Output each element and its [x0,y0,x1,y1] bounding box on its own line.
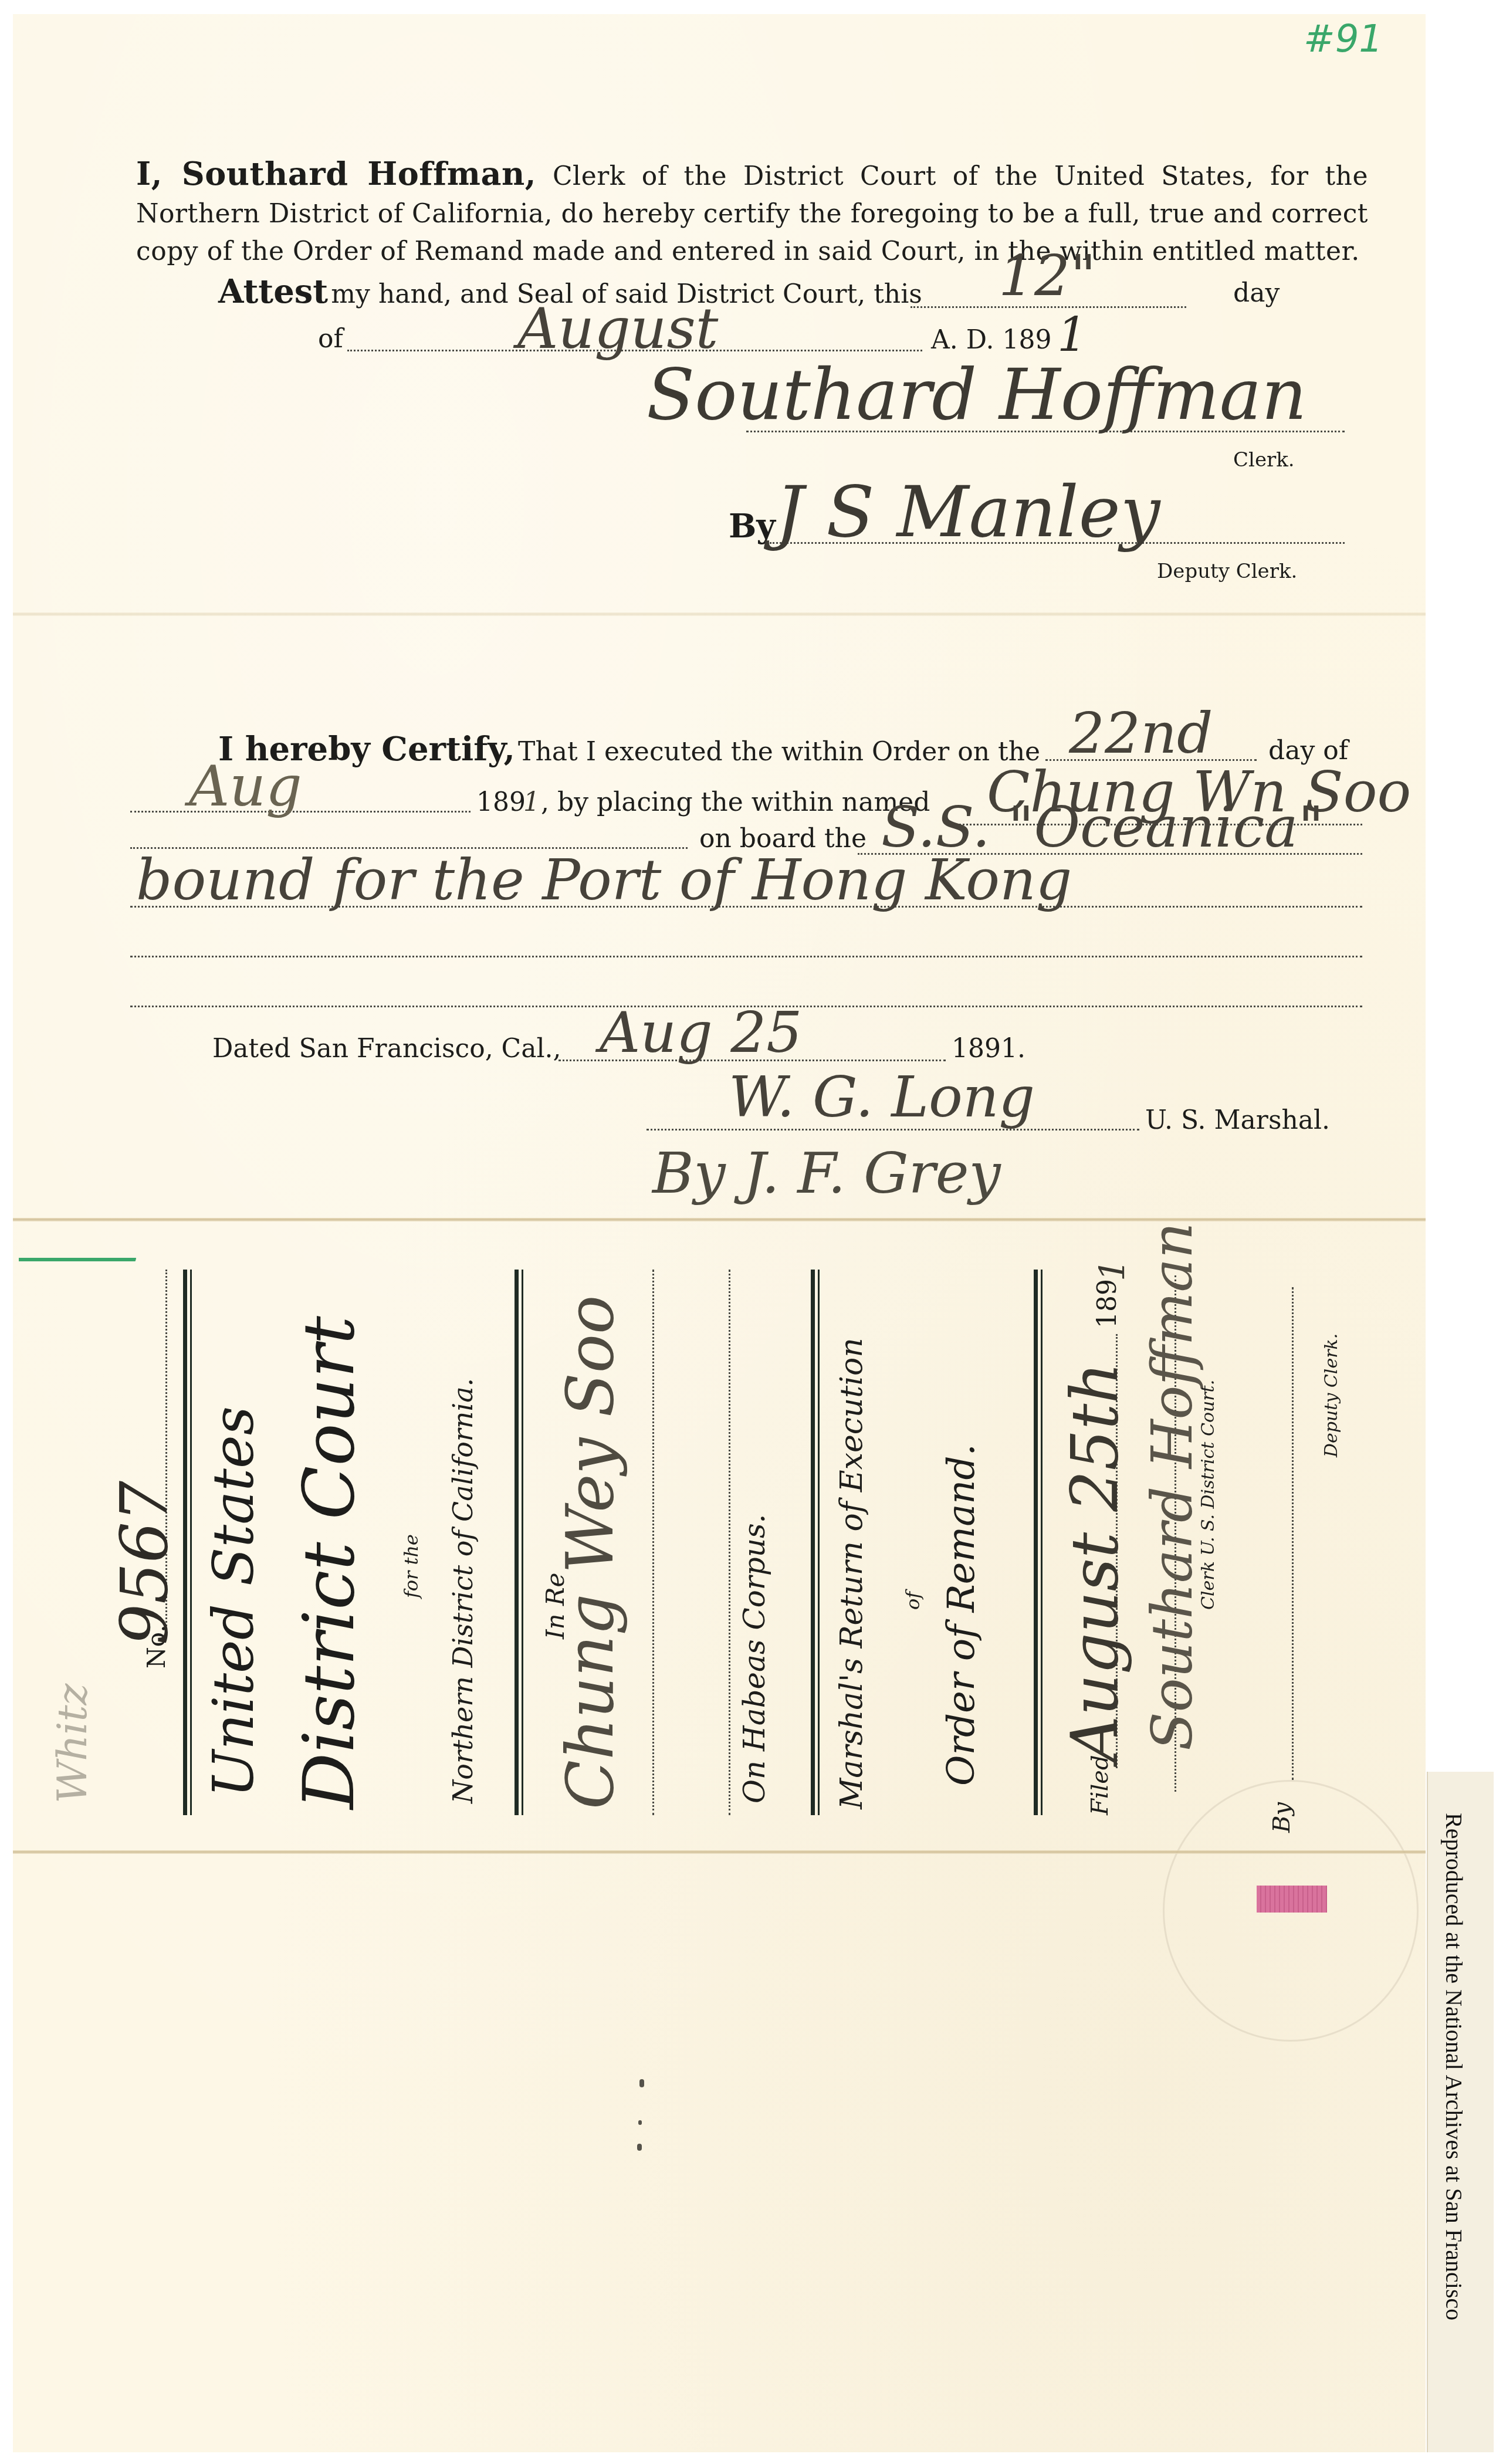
petitioner-line [652,1270,654,1815]
green-pencil-mark [19,1258,136,1265]
marshal-certificate-text2: , by placing the within named [541,787,930,817]
archive-label: Reproduced at the National Archives at S… [1440,1813,1468,2320]
court-name-line1: United States [201,1406,266,1798]
paper-fold-bottom [13,1850,1426,1854]
filed-label: Filed [1087,1755,1113,1815]
ink-speck [637,2144,642,2151]
document-title-line2: Order of Remand. [940,1444,983,1786]
back-clerk-signature: Southard Hoffman [1139,1222,1205,1751]
clerk-certificate-lead: I, Southard Hoffman, [136,155,536,192]
day-value: 12" [999,243,1096,309]
petitioner-name: Chung Wey Soo [553,1295,628,1809]
double-rule-4 [1034,1270,1044,1815]
dated-year: 1891. [952,1034,1025,1064]
month-value: August [517,296,718,361]
document-page: #91 I, Southard Hoffman, Clerk of the Di… [13,14,1426,2452]
court-name-line2: District Court [289,1316,370,1809]
double-rule-2 [515,1270,524,1815]
district-label: Northern District of California. [447,1378,479,1803]
clerk-label: Clerk. [1233,448,1295,472]
marshal-label: U. S. Marshal. [1145,1105,1330,1135]
executed-month-value: Aug [189,753,302,819]
marshal-certificate-line1: I hereby Certify, That I executed the wi… [218,730,1040,769]
dated-label: Dated San Francisco, Cal., [212,1034,561,1064]
case-number: 9567 [107,1481,182,1645]
executed-year-prefix: 189 [476,787,526,817]
dated-value: Aug 25 [600,1000,802,1065]
deputy-signature: J S Manley [776,472,1160,553]
of-label: of [318,324,343,354]
by-label: By [729,507,776,546]
attest-lead: Attest [218,272,328,311]
filed-year: 189 [1092,1279,1122,1328]
clerk-certificate-text: I, Southard Hoffman, Clerk of the Distri… [136,155,1368,270]
archive-number-mark: #91 [1304,18,1383,61]
proceeding-line [729,1270,730,1815]
back-deputy-label: Deputy Clerk. [1321,1333,1342,1457]
executed-year-suffix: 1 [523,787,540,817]
ad-label: A. D. 189 [931,325,1051,355]
back-deputy-line [1292,1287,1294,1780]
marshal-certificate-text1: That I executed the within Order on the [518,737,1040,767]
deputy-label: Deputy Clerk. [1157,560,1297,583]
executed-day-value: 22nd [1069,700,1213,766]
double-rule-1 [183,1270,193,1815]
filed-date-value: August 25th [1057,1362,1132,1762]
paper-fold-top [13,1218,1426,1221]
ink-speck [639,2079,644,2087]
clerk-signature: Southard Hoffman [647,354,1307,436]
ink-speck [638,2120,642,2125]
pink-ribbon [1257,1886,1327,1913]
document-title-of: of [902,1592,924,1610]
marshal-signature: W. G. Long [729,1064,1035,1130]
day-label: day [1233,278,1280,308]
filed-year-suffix: 1 [1092,1259,1133,1281]
proceeding-label: On Habeas Corpus. [737,1514,771,1803]
double-rule-3 [811,1270,821,1815]
by-deputy-marshal-signature: By J. F. Grey [652,1140,1001,1206]
margin-pencil-note: Whitz [48,1684,96,1803]
blank-line-2 [130,956,1362,957]
back-clerk-label: Clerk U. S. District Court. [1198,1380,1219,1610]
document-title-line1: Marshal's Return of Execution [834,1338,869,1809]
for-the-label: for the [400,1534,422,1598]
destination-value: bound for the Port of Hong Kong [136,847,1072,913]
paper-crease [13,612,1426,616]
